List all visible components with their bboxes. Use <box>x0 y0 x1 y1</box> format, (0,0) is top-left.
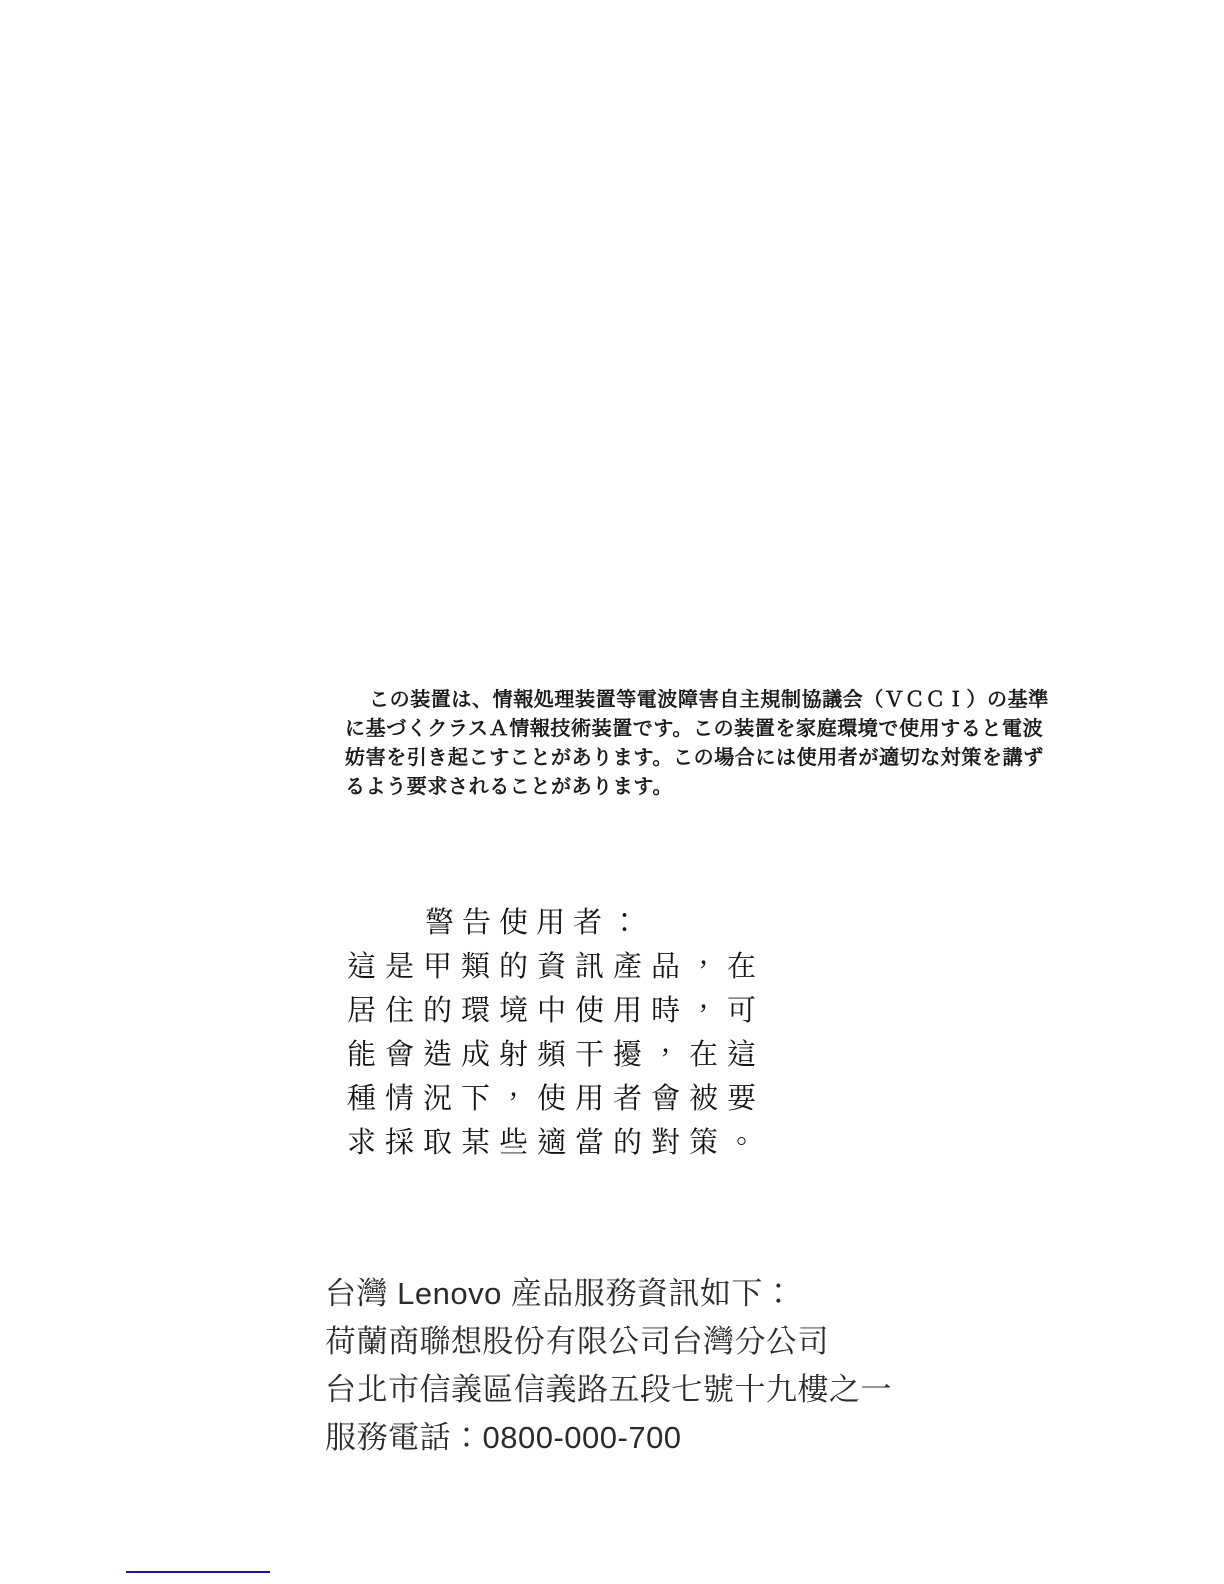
vcci-notice-line: この装置は、情報処理装置等電波障害自主規制協議会（ＶＣＣＩ）の基準 <box>345 686 1067 715</box>
taiwan-lenovo-service-info: 台灣 Lenovo 産品服務資訊如下： 荷蘭商聯想股份有限公司台灣分公司 台北市… <box>325 1270 945 1462</box>
warning-line: 這是甲類的資訊產品，在 <box>347 945 765 989</box>
warning-line: 求採取某些適當的對策。 <box>347 1121 765 1165</box>
vcci-notice-line: るよう要求されることがあります。 <box>345 773 1067 802</box>
service-info-line: 台北市信義區信義路五段七號十九樓之一 <box>325 1366 945 1414</box>
document-page: この装置は、情報処理装置等電波障害自主規制協議会（ＶＣＣＩ）の基準 に基づくクラ… <box>0 0 1224 1584</box>
vcci-class-a-notice: この装置は、情報処理装置等電波障害自主規制協議会（ＶＣＣＩ）の基準 に基づくクラ… <box>345 686 1067 802</box>
warning-line: 居住的環境中使用時，可 <box>347 989 765 1033</box>
vcci-notice-line: 妨害を引き起こすことがあります。この場合には使用者が適切な対策を講ず <box>345 744 1067 773</box>
warning-title: 警告使用者： <box>347 901 765 945</box>
service-info-line: 服務電話：0800-000-700 <box>325 1414 945 1462</box>
footnote-rule <box>126 1571 270 1573</box>
vcci-notice-line: に基づくクラスＡ情報技術装置です。この装置を家庭環境で使用すると電波 <box>345 715 1067 744</box>
taiwan-class-a-warning-statement: 警告使用者： 這是甲類的資訊產品，在 居住的環境中使用時，可 能會造成射頻干擾，… <box>347 901 765 1165</box>
service-info-line: 台灣 Lenovo 産品服務資訊如下： <box>325 1270 945 1318</box>
warning-line: 種情況下，使用者會被要 <box>347 1077 765 1121</box>
service-info-line: 荷蘭商聯想股份有限公司台灣分公司 <box>325 1318 945 1366</box>
warning-line: 能會造成射頻干擾，在這 <box>347 1033 765 1077</box>
